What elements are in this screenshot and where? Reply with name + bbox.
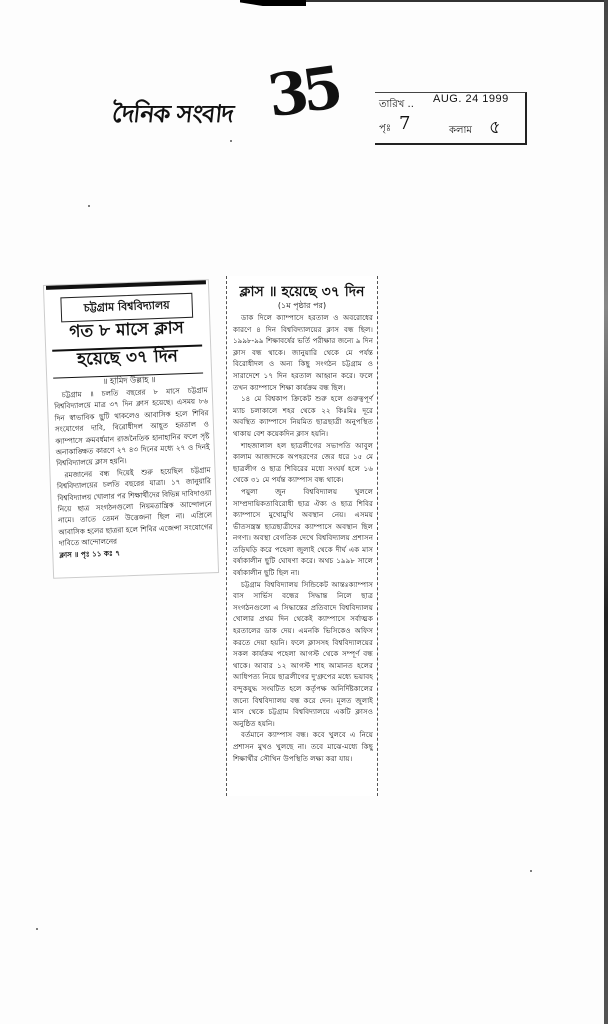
paragraph: ডাক দিলে ক্যাম্পাসে হরতাল ও অবরোধের কারণ… [233, 312, 373, 393]
stamp-column-label: কলাম [449, 123, 472, 140]
stamp-column-value: ৫ [489, 113, 501, 144]
scan-speck [88, 205, 90, 207]
clipping-border [46, 280, 206, 290]
stamp-date-label: তারিখ .. [379, 97, 414, 114]
scan-speck [230, 140, 232, 142]
paragraph: চট্টগ্রাম বিশ্ববিদ্যালয় সিন্ডিকেট আন্তঃ… [233, 579, 373, 730]
scan-speck [36, 928, 38, 930]
archive-stamp: তারিখ .. AUG. 24 1999 পৃঃ 7 কলাম ৫ [375, 92, 527, 145]
handwritten-number: 35 [264, 54, 342, 131]
paragraph: বর্তমানে ক্যাম্পাস বন্ধ। কবে খুলবে এ নিয… [233, 729, 373, 764]
stamp-page-label: পৃঃ [379, 121, 391, 138]
scan-edge-dark [240, 0, 306, 6]
scan-edge-line [306, 0, 608, 2]
paragraph: পয়ুলা জুন বিশ্ববিদ্যালয় খুললে সাম্প্রদ… [233, 486, 373, 579]
article-body: ডাক দিলে ক্যাম্পাসে হরতাল ও অবরোধের কারণ… [233, 312, 373, 764]
paragraph: চট্টগ্রাম ॥ চলতি বছরের ৮ মাসে চট্টগ্রাম … [54, 384, 211, 469]
article-body: চট্টগ্রাম ॥ চলতি বছরের ৮ মাসে চট্টগ্রাম … [54, 384, 214, 560]
clipping-jump-page: ক্লাস ॥ হয়েছে ৩৭ দিন (১ম পৃষ্ঠার পর) ডা… [226, 276, 378, 796]
newspaper-masthead: দৈনিক সংবাদ [110, 96, 235, 136]
paragraph: রমজানের বন্ধ দিয়েই শুরু হয়েছিল চট্টগ্র… [56, 464, 213, 549]
paragraph: শাহজালাল হল ছাত্রলীগের সভাপতি আবুল কালাম… [233, 440, 373, 486]
stamp-date: AUG. 24 1999 [433, 93, 509, 105]
scan-edge-right [604, 0, 608, 1024]
paragraph: ১৪ মে বিশ্বকাপ ক্রিকেট শুরু হলে গুরুত্বপ… [233, 393, 373, 439]
clipping-front-page: চট্টগ্রাম বিশ্ববিদ্যালয় গত ৮ মাসে ক্লাস… [43, 279, 219, 579]
scan-speck [530, 870, 532, 872]
stamp-page-value: 7 [399, 113, 410, 134]
